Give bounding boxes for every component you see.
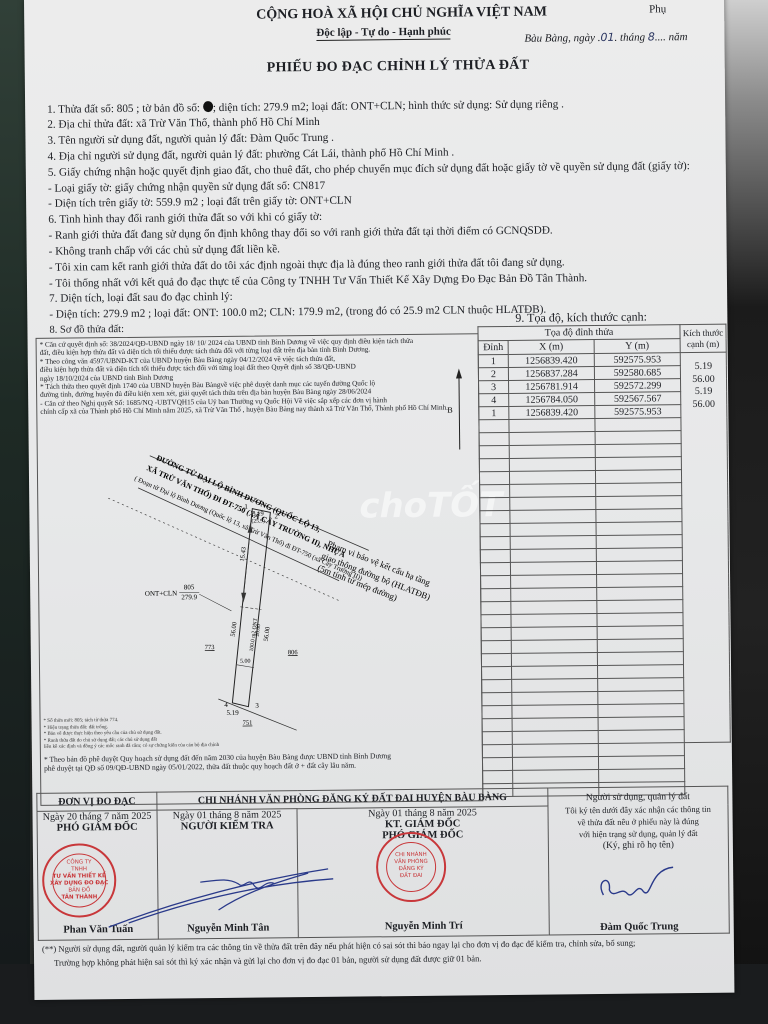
director-sign-cell: Ngày 01 tháng 8 năm 2025 KT. GIÁM ĐỐC PH… xyxy=(297,806,549,938)
coordinates-table: Tọa độ đỉnh thửa Kích thước cạnh (m) Đỉn… xyxy=(477,324,731,798)
field-area-after: 7. Diện tích, loại đất sau đo đạc chỉnh … xyxy=(49,291,233,305)
document-title: PHIẾU ĐO ĐẠC CHỈNH LÝ THỬA ĐẤT xyxy=(267,58,530,77)
col-y: Y (m) xyxy=(594,339,680,354)
field-owner-address: 4. Địa chỉ người sử dụng đất, người quản… xyxy=(48,147,455,163)
field-commitment: - Tôi xin cam kết ranh giới thửa đất do … xyxy=(49,256,565,273)
signature-scribble xyxy=(593,859,684,910)
col-x: X (m) xyxy=(508,340,594,355)
col-side-length: Kích thước cạnh (m) xyxy=(680,324,726,352)
field-owner-name: 3. Tên người sử dụng đất, người quản lý … xyxy=(47,132,334,147)
svg-text:4: 4 xyxy=(224,701,228,709)
svg-text:751: 751 xyxy=(243,720,253,727)
svg-text:279.9: 279.9 xyxy=(181,593,197,601)
svg-text:5.19: 5.19 xyxy=(226,709,239,717)
svg-text:5.19: 5.19 xyxy=(252,511,263,518)
field-diagram-label: 8. Sơ đồ thửa đất: xyxy=(49,324,124,336)
field-certificate-area: - Diện tích trên giấy tờ: 559.9 m2 ; loạ… xyxy=(48,195,352,210)
footnote-line-1: (**) Người sử dụng đất, người quản lý ki… xyxy=(42,938,636,954)
survey-document: CỘNG HOÀ XÃ HỘI CHỦ NGHĨA VIỆT NAM Độc l… xyxy=(24,0,734,1000)
north-arrow-icon: B xyxy=(447,368,463,449)
national-motto: Độc lập - Tự do - Hạnh phúc xyxy=(316,26,451,41)
document-date: Bàu Bàng, ngày .01. tháng 8.... năm xyxy=(524,30,687,45)
field-boundary-stable: - Ranh giới thửa đất đang sử dụng ổn địn… xyxy=(48,224,552,241)
svg-text:56.00: 56.00 xyxy=(263,626,272,641)
parcel-diagram: * Căn cứ quyết định số: 38/2024/QĐ-UBND … xyxy=(36,333,484,806)
svg-text:ONT+CLN: ONT+CLN xyxy=(145,589,177,597)
svg-text:20.00: 20.00 xyxy=(255,624,263,637)
parcel-notes: * Số thửa mới: 805; tách từ thửa 774. * … xyxy=(44,717,220,751)
svg-text:773: 773 xyxy=(205,644,215,651)
svg-text:805: 805 xyxy=(184,583,195,591)
signature-table: ĐƠN VỊ ĐO ĐẠC CHI NHÁNH VĂN PHÒNG ĐĂNG K… xyxy=(36,786,730,941)
redacted-mark xyxy=(203,101,213,112)
svg-text:1: 1 xyxy=(244,503,248,511)
svg-text:2: 2 xyxy=(274,512,278,520)
owner-confirmation: Người sử dụng, quản lý đất Tôi ký tên dư… xyxy=(548,786,730,935)
field-boundary-change: 6. Tình hình thay đổi ranh giới thửa đất… xyxy=(48,211,322,226)
field-certificate-type: - Loại giấy tờ: giấy chứng nhận quyền sử… xyxy=(48,180,325,195)
field-certificate: 5. Giấy chứng nhận hoặc quyết định giao … xyxy=(48,160,690,179)
surveyor-unit-title: ĐƠN VỊ ĐO ĐẠC xyxy=(37,792,157,811)
svg-text:(25.9): (25.9) xyxy=(251,518,265,525)
coordinates-title: 9. Tọa độ, kích thước cạnh: xyxy=(515,309,647,325)
svg-text:806: 806 xyxy=(288,649,299,656)
svg-text:56.00: 56.00 xyxy=(230,622,239,637)
field-parcel-info: 1. Thửa đất số: 805 ; tờ bản đồ số: ; di… xyxy=(47,97,564,115)
svg-text:3: 3 xyxy=(255,702,259,710)
national-header: CỘNG HOÀ XÃ HỘI CHỦ NGHĨA VIỆT NAM xyxy=(256,5,547,24)
field-no-dispute: - Không tranh chấp với các chủ sử dụng đ… xyxy=(49,243,280,257)
owner-signature xyxy=(549,851,729,923)
planning-note: * Theo bản đồ phê duyệt Quy hoạch sử dụn… xyxy=(44,751,391,773)
footnote-line-2: Trường hợp không phát hiện sai sót thì k… xyxy=(54,953,482,967)
field-area-detail: - Diện tích: 279.9 m2 ; loại đất: ONT: 1… xyxy=(49,304,546,321)
svg-text:XÃ TRỪ VĂN THỐ) ĐI ĐT-750 (XÃ: XÃ TRỪ VĂN THỐ) ĐI ĐT-750 (XÃ CÂY TRƯỜNG… xyxy=(145,462,347,559)
field-agreement: - Tôi thống nhất với kết quả đo đạc thực… xyxy=(49,272,587,290)
svg-text:5.00: 5.00 xyxy=(240,659,251,665)
field-parcel-address: 2. Địa chỉ thửa đất: xã Trừ Văn Thố, thà… xyxy=(47,116,320,131)
col-vertex: Đỉnh xyxy=(478,340,508,354)
side-lengths: 5.19 56.00 5.19 56.00 xyxy=(680,352,730,742)
office-stamp: CHI NHÁNHVĂN PHÒNG ĐĂNG KÝĐẤT ĐAI xyxy=(376,832,447,903)
director-signature xyxy=(98,849,339,932)
date-month: 8 xyxy=(648,30,655,43)
svg-text:B: B xyxy=(447,406,452,415)
table-row: 1 1256839.420 592575.953 5.19 56.00 5.19… xyxy=(478,352,726,368)
date-day: 01 xyxy=(600,31,614,44)
corner-label: Phụ xyxy=(649,3,666,15)
